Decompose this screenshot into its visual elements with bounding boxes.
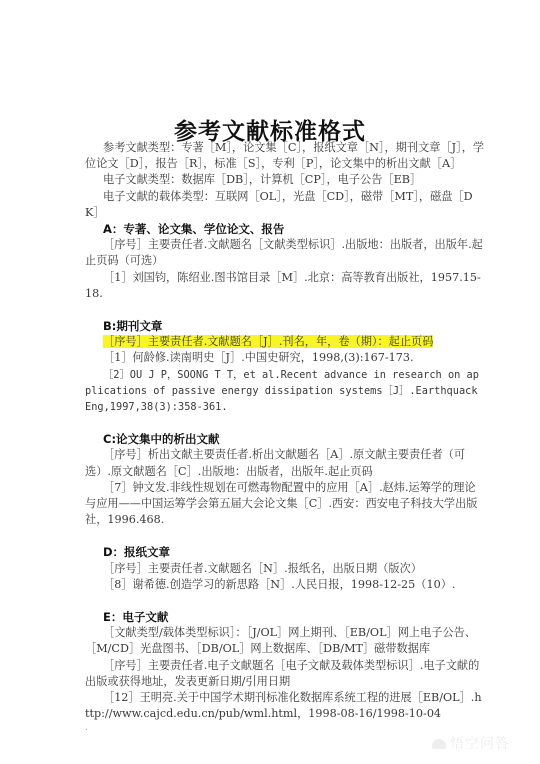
watermark: 悟空问答	[432, 733, 510, 753]
section-d-format: ［序号］主要责任者.文献题名［N］.报纸名，出版日期（版次）	[85, 561, 485, 577]
wukong-logo-icon	[432, 739, 446, 749]
section-c-format: ［序号］析出文献主要责任者.析出文献题名［A］.原文献主要责任者（可选）.原文献…	[85, 447, 485, 479]
section-heading-e: E：电子文献	[85, 609, 485, 625]
spacer	[85, 415, 485, 431]
spacer	[85, 302, 485, 318]
intro-paragraph-carrier-types: 电子文献的载体类型：互联网［OL］，光盘［CD］，磁带［MT］，磁盘［DK］	[85, 189, 485, 221]
section-heading-c: C:论文集中的析出文献	[85, 431, 485, 447]
intro-paragraph-electronic-types: 电子文献类型：数据库［DB］，计算机［CP］，电子公告［EB］	[85, 172, 485, 188]
spacer	[85, 528, 485, 544]
document-body: 参考文献类型：专著［M］，论文集［C］，报纸文章［N］，期刊文章［J］，学位论文…	[85, 140, 485, 733]
section-c-example-1: ［7］钟文发.非线性规划在可燃毒物配置中的应用［A］.赵炜.运筹学的理论与应用—…	[85, 480, 485, 529]
section-e-example-1: ［12］王明亮.关于中国学术期刊标准化数据库系统工程的进展［EB/OL］.htt…	[85, 690, 485, 722]
section-e-format: ［序号］主要责任者.电子文献题名［电子文献及载体类型标识］.电子文献的出版或获得…	[85, 658, 485, 690]
trailing-mark: .	[85, 723, 485, 733]
section-heading-d: D：报纸文章	[85, 544, 485, 560]
section-b-format: ［序号］主要责任者.文献题名［J］.刊名，年，卷（期）：起止页码	[85, 334, 485, 350]
section-a-format: ［序号］主要责任者.文献题名［文献类型标识］.出版地：出版者，出版年.起止页码（…	[85, 237, 485, 269]
section-a-example-1: ［1］刘国钧，陈绍业.图书馆目录［M］.北京：高等教育出版社，1957.15-1…	[85, 270, 485, 302]
section-b-example-2: ［2］OU J P，SOONG T T，et al.Recent advance…	[85, 367, 485, 416]
section-d-example-1: ［8］谢希德.创造学习的新思路［N］.人民日报，1998-12-25（10）.	[85, 577, 485, 593]
section-e-types: ［文献类型/载体类型标识］：［J/OL］网上期刊、［EB/OL］网上电子公告、［…	[85, 625, 485, 657]
highlighted-format: ［序号］主要责任者.文献题名［J］.刊名，年，卷（期）：起止页码	[103, 335, 433, 348]
spacer	[85, 593, 485, 609]
section-b-example-1: ［1］何龄修.读南明史［J］.中国史研究，1998,(3):167-173.	[85, 350, 485, 366]
section-heading-a: A：专著、论文集、学位论文、报告	[85, 221, 485, 237]
watermark-text: 悟空问答	[450, 736, 510, 752]
document-page: 参考文献标准格式 参考文献类型：专著［M］，论文集［C］，报纸文章［N］，期刊文…	[0, 0, 540, 764]
intro-paragraph-types: 参考文献类型：专著［M］，论文集［C］，报纸文章［N］，期刊文章［J］，学位论文…	[85, 140, 485, 172]
section-heading-b: B:期刊文章	[85, 318, 485, 334]
